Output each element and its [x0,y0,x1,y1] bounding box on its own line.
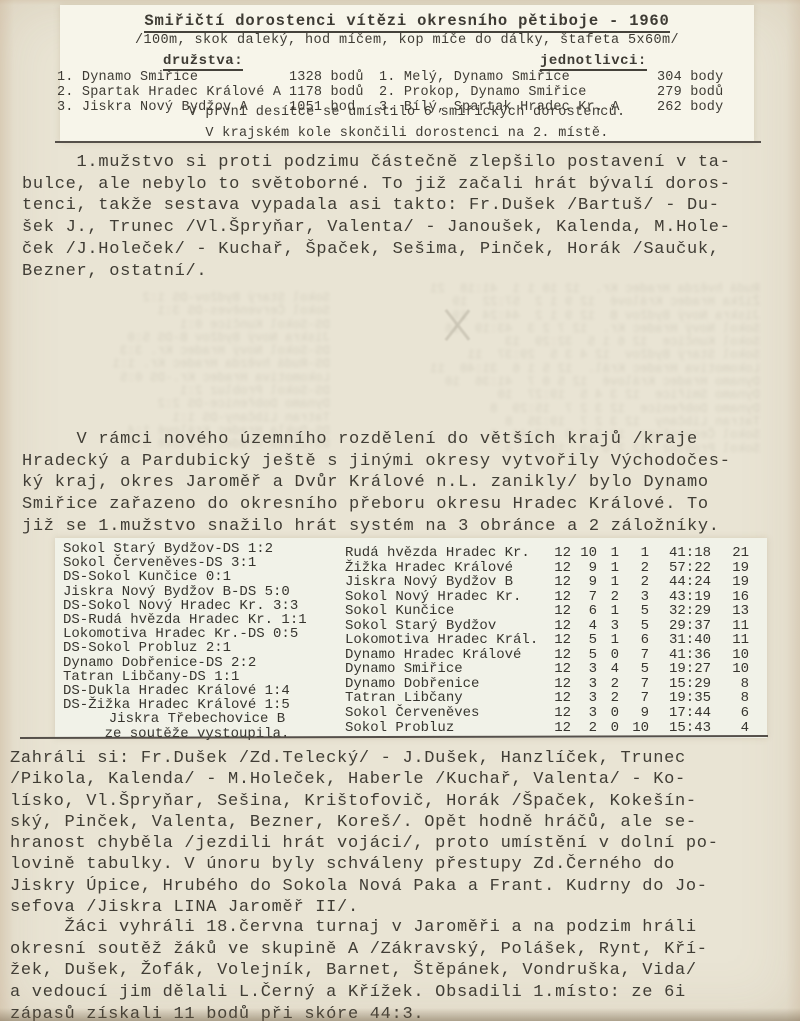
stat-value: 41:36 [653,648,711,663]
stat-value: 29:37 [653,619,711,634]
table-row: Sokol Probluz12201015:434 [345,721,749,736]
ghost-line: Jiskra Nový Bydžov B-DS 5:0 [35,332,330,345]
stat-value: 21 [715,546,749,561]
ghost-line: Lokomotiva Hradec Kr.-DS 0:5 [35,372,330,385]
stat-value: 10 [715,648,749,663]
stat-value: 0 [601,721,619,736]
table-row: Žižka Hradec Králové1291257:2219 [345,561,749,576]
paragraph-lineup-transfers: Zahráli si: Fr.Dušek /Zd.Telecký/ - J.Du… [10,748,795,918]
stat-value: 2 [601,677,619,692]
ghost-line: Lokomotiva Hradec Král. 12 5 1 6 31:40 1… [330,363,760,376]
team-name: Sokol Probluz [345,721,541,736]
page-title-text: Smiřičtí dorostenci vítězi okresního pět… [144,12,669,33]
stat-value: 12 [545,648,571,663]
table-row: Rudá hvězda Hradec Kr.12101141:1821 [345,546,749,561]
stat-value: 12 [545,677,571,692]
team-points: 1178 bodů [289,86,379,101]
ghost-line: DS-Sokol Probluz 2:1 [35,385,330,398]
horizontal-rule-header [55,141,761,143]
stat-value: 44:24 [653,575,711,590]
list-item: DS-Žižka Hradec Králové 1:5 [63,698,331,712]
stat-value: 6 [715,706,749,721]
ghost-line: DS-Sokol Nový Hradec Kr. 3:3 [35,345,330,358]
stat-value: 5 [623,604,649,619]
list-item: Dynamo Dobřenice-DS 2:2 [63,656,331,670]
table-row: Tatran Libčany1232719:358 [345,691,749,706]
team-name: Sokol Kunčice [345,604,541,619]
team-name: Sokol Nový Hradec Kr. [345,590,541,605]
table-row: Dynamo Dobřenice1232715:298 [345,677,749,692]
team-name: Tatran Libčany [345,691,541,706]
stat-value: 19:35 [653,691,711,706]
table-row: Sokol Nový Hradec Kr.1272343:1916 [345,590,749,605]
stat-value: 57:22 [653,561,711,576]
stat-value: 5 [623,662,649,677]
stat-value: 6 [575,604,597,619]
team-name: Sokol Starý Bydžov [345,619,541,634]
stat-value: 4 [715,721,749,736]
table-row: Jiskra Nový Bydžov B1291244:2419 [345,575,749,590]
page-title: Smiřičtí dorostenci vítězi okresního pět… [60,12,754,30]
stat-value: 8 [715,691,749,706]
paragraph-first-team: 1.mužstvo si proti podzimu částečně zlep… [22,152,794,282]
stat-value: 2 [623,575,649,590]
ghost-line: Sokol Červeněves-DS 3:1 [35,305,330,318]
list-item: DS-Sokol Nový Hradec Kr. 3:3 [63,599,331,613]
stat-value: 12 [545,633,571,648]
table-row: Sokol Červeněves1230917:446 [345,706,749,721]
stat-value: 9 [575,575,597,590]
stat-value: 2 [601,691,619,706]
ghost-line: Sokol Nový Hradec Kr. 12 7 2 3 43:19 16 [330,323,760,336]
individual-rank-label: 2. Prokop, Dynamo Smiřice [379,86,657,101]
stat-value: 32:29 [653,604,711,619]
stat-value: 16 [715,590,749,605]
stat-value: 5 [623,619,649,634]
page-subtitle: /100m, skok daleký, hod míčem, kop míče … [60,33,754,48]
individual-points: 304 body [657,71,735,86]
individual-rank-label: 1. Melý, Dynamo Smiřice [379,71,657,86]
note-top-ten: V první desítce se umístilo 6 smiřických… [60,105,754,120]
stat-value: 1 [601,604,619,619]
match-results-list: Sokol Starý Bydžov-DS 1:2Sokol Červeněve… [63,542,331,741]
ghost-line: Dynamo Dobřenice-DS 2:2 [35,398,330,411]
stat-value: 19 [715,575,749,590]
stat-value: 9 [623,706,649,721]
note-regional-round: V krajském kole skončili dorostenci na 2… [60,126,754,141]
individual-points: 279 bodů [657,86,735,101]
bleedthrough-cross-mark [442,308,472,342]
individuals-heading: jednotlivci: [540,53,647,71]
list-item: DS-Sokol Probluz 2:1 [63,641,331,655]
stat-value: 3 [575,662,597,677]
table-row: Lokomotiva Hradec Král.1251631:4011 [345,633,749,648]
stat-value: 12 [545,561,571,576]
stat-value: 3 [575,691,597,706]
team-name: Dynamo Smiřice [345,662,541,677]
stat-value: 13 [715,604,749,619]
team-name: Dynamo Dobřenice [345,677,541,692]
stat-value: 1 [601,633,619,648]
team-name: Dynamo Hradec Králové [345,648,541,663]
stat-value: 1 [601,546,619,561]
team-name: Žižka Hradec Králové [345,561,541,576]
stat-value: 12 [545,619,571,634]
stat-value: 1 [601,561,619,576]
league-standings-table: Rudá hvězda Hradec Kr.12101141:1821Žižka… [345,546,749,735]
scanned-document-page: Smiřičtí dorostenci vítězi okresního pět… [0,0,800,1021]
stat-value: 43:19 [653,590,711,605]
stat-value: 3 [623,590,649,605]
bleedthrough-ghost-text-left: Sokol Starý Bydžov-DS 1:2Sokol Červeněve… [35,292,330,452]
stat-value: 11 [715,633,749,648]
paragraph-youth-team: Žáci vyhráli 18.června turnaj v Jaroměři… [10,917,795,1021]
stat-value: 3 [575,677,597,692]
stat-value: 1 [623,546,649,561]
paragraph-territorial-reorganization: V rámci nového územního rozdělení do vět… [22,429,794,538]
stat-value: 9 [575,561,597,576]
ghost-line: Sokol Starý Bydžov 12 4 3 5 29:37 11 [330,349,760,362]
stat-value: 41:18 [653,546,711,561]
stat-value: 5 [575,648,597,663]
table-row: Dynamo Smiřice1234519:2710 [345,662,749,677]
stat-value: 12 [545,590,571,605]
team-name: Jiskra Nový Bydžov B [345,575,541,590]
table-row: Sokol Kunčice1261532:2913 [345,604,749,619]
stat-value: 7 [623,648,649,663]
ghost-line: Dynamo Dobřenice 12 3 2 7 15:29 8 [330,403,760,416]
ghost-line: Žižka Hradec Králové 12 9 1 2 57:22 19 [330,296,760,309]
stat-value: 0 [601,648,619,663]
ghost-line: Sokol Kunčice 12 6 1 5 32:29 13 [330,336,760,349]
list-item: DS-Sokol Kunčice 0:1 [63,570,331,584]
ghost-line: Dynamo Hradec Králové 12 5 0 7 41:36 10 [330,376,760,389]
stat-value: 12 [545,662,571,677]
stat-value: 12 [545,546,571,561]
team-rank-label: 2. Spartak Hradec Králové A [57,86,289,101]
stat-value: 10 [575,546,597,561]
stat-value: 4 [601,662,619,677]
list-item: Tatran Libčany-DS 1:1 [63,670,331,684]
team-rank-label: 1. Dynamo Smiřice [57,71,289,86]
stat-value: 12 [545,604,571,619]
list-item: Jiskra Nový Bydžov B-DS 5:0 [63,585,331,599]
list-item: Lokomotiva Hradec Kr.-DS 0:5 [63,627,331,641]
team-points: 1328 bodů [289,71,379,86]
teams-heading: družstva: [163,53,243,71]
stat-value: 11 [715,619,749,634]
stat-value: 12 [545,721,571,736]
list-item: Sokol Červeněves-DS 3:1 [63,556,331,570]
ghost-line: DS-Sokol Kunčice 0:1 [35,319,330,332]
ghost-line: DS-Rudá hvězda Hradec Kr. 1:1 [35,358,330,371]
list-item: DS-Rudá hvězda Hradec Kr. 1:1 [63,613,331,627]
stat-value: 2 [575,721,597,736]
team-name: Sokol Červeněves [345,706,541,721]
stat-value: 3 [601,619,619,634]
stat-value: 2 [601,590,619,605]
ghost-line: Tatran Libčany-DS 1:1 [35,412,330,425]
stat-value: 6 [623,633,649,648]
team-name: Lokomotiva Hradec Král. [345,633,541,648]
stat-value: 0 [601,706,619,721]
stat-value: 15:43 [653,721,711,736]
stat-value: 7 [623,677,649,692]
stat-value: 19 [715,561,749,576]
team-name: Rudá hvězda Hradec Kr. [345,546,541,561]
list-footer-line: Jiskra Třebechovice B [63,712,331,726]
stat-value: 12 [545,691,571,706]
stat-value: 19:27 [653,662,711,677]
stat-value: 10 [623,721,649,736]
table-row: Dynamo Hradec Králové1250741:3610 [345,648,749,663]
stat-value: 10 [715,662,749,677]
stat-value: 17:44 [653,706,711,721]
stat-value: 12 [545,575,571,590]
ghost-line: Jiskra Nový Bydžov B 12 9 1 2 44:24 19 [330,310,760,323]
stat-value: 4 [575,619,597,634]
stat-value: 15:29 [653,677,711,692]
stat-value: 31:40 [653,633,711,648]
table-row: Sokol Starý Bydžov1243529:3711 [345,619,749,634]
stat-value: 12 [545,706,571,721]
stat-value: 1 [601,575,619,590]
ghost-line: Dynamo Smiřice 12 3 4 5 19:27 10 [330,389,760,402]
stat-value: 7 [623,691,649,706]
stat-value: 5 [575,633,597,648]
stat-value: 8 [715,677,749,692]
stat-value: 3 [575,706,597,721]
stat-value: 2 [623,561,649,576]
stat-value: 7 [575,590,597,605]
